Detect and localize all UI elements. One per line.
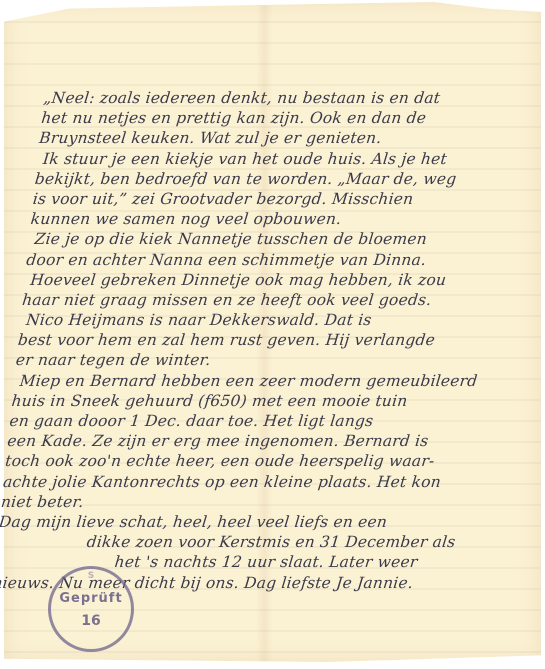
stamp-number: 16 — [51, 613, 131, 629]
letter-line: en gaan dooor 1 Dec. daar toe. Het ligt … — [8, 411, 530, 431]
letter-line: huis in Sneek gehuurd (f650) met een moo… — [11, 391, 533, 411]
letter-line: best voor hem en zal hem rust geven. Hij… — [17, 330, 539, 350]
letter-line: haar niet graag missen en ze heeft ook v… — [21, 290, 543, 310]
letter-line: Zie je op die kiek Nannetje tusschen de … — [28, 229, 545, 249]
letter-line: achte jolie Kantonrechts op een kleine p… — [2, 472, 524, 492]
letter-line: door en achter Nanna een schimmetje van … — [25, 250, 545, 270]
letter-line: „Neel: zoals iedereen denkt, nu bestaan … — [42, 88, 545, 108]
letter-line: niet beter. — [0, 492, 522, 512]
letter-line: dikke zoen voor Kerstmis en 31 December … — [0, 532, 518, 552]
letter-line: Bruynsteel keuken. Wat zul je er geniete… — [38, 128, 545, 148]
stamp-text: Geprüft — [51, 591, 131, 606]
letter-line: Miep en Bernard hebben een zeer modern g… — [13, 371, 535, 391]
letter-line: het nu netjes en prettig kan zijn. Ook e… — [40, 108, 545, 128]
letter-line: Hoeveel gebreken Dinnetje ook mag hebben… — [23, 270, 545, 290]
letter-line: Nico Heijmans is naar Dekkerswald. Dat i… — [19, 310, 541, 330]
letter-line: kunnen we samen nog veel opbouwen. — [30, 209, 545, 229]
letter-line: een Kade. Ze zijn er erg mee ingenomen. … — [6, 431, 528, 451]
letter-line: is voor uit,” zei Grootvader bezorgd. Mi… — [32, 189, 545, 209]
stamp-top-text: S — [51, 571, 131, 581]
censor-stamp: S Geprüft 16 — [48, 566, 134, 652]
letter-line: Dag mijn lieve schat, heel, heel veel li… — [0, 512, 520, 532]
letter-body: „Neel: zoals iedereen denkt, nu bestaan … — [0, 88, 545, 593]
letter-line: er naar tegen de winter. — [15, 350, 537, 370]
letter-line: Ik stuur je een kiekje van het oude huis… — [36, 149, 545, 169]
letter-line: toch ook zoo'n echte heer, een oude heer… — [4, 451, 526, 471]
letter-line: bekijkt, ben bedroefd van te worden. „Ma… — [34, 169, 545, 189]
